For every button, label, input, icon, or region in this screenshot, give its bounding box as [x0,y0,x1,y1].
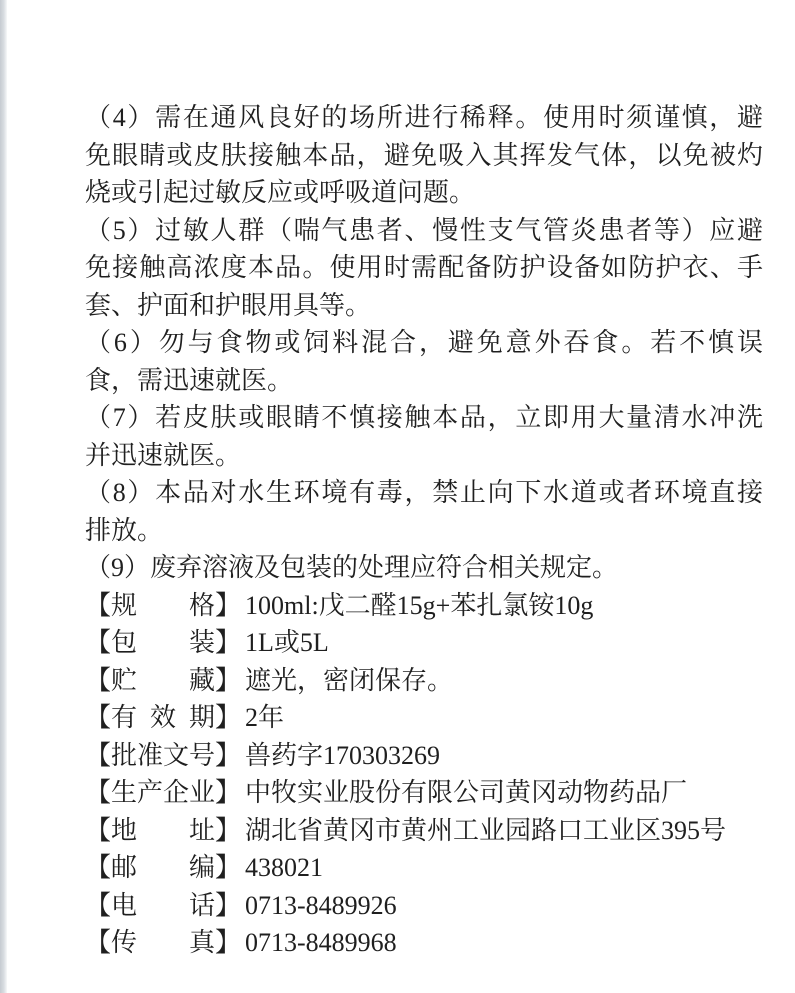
spec-label-telephone: 【电话】 [85,887,241,925]
paragraph-8-line-2: 排放。 [85,512,763,550]
spec-label-approval-number: 【批准文号】 [85,737,241,775]
spec-row-fax: 【传真】0713-8489968 [85,924,763,962]
spec-label-storage: 【贮藏】 [85,662,241,700]
document-page: （4）需在通风良好的场所进行稀释。使用时须谨慎，避免眼睛或皮肤接触本品，避免吸入… [0,0,795,993]
spec-value-address: 湖北省黄冈市黄州工业园路口工业区395号 [245,812,726,850]
spec-label-segment: 编】 [189,849,241,887]
paragraph-4-line-3: 烧或引起过敏反应或呼吸道问题。 [85,174,763,212]
paragraph-4-line-2: 免眼睛或皮肤接触本品，避免吸入其挥发气体，以免被灼 [85,137,763,175]
spec-row-shelf-life: 【有效期】2年 [85,699,763,737]
spec-row-specification: 【规格】100ml:戊二醛15g+苯扎氯铵10g [85,587,763,625]
spec-value-manufacturer: 中牧实业股份有限公司黄冈动物药品厂 [245,774,687,812]
paragraph-7-line-2: 并迅速就医。 [85,437,763,475]
spec-label-segment: 真】 [189,924,241,962]
spec-label-manufacturer: 【生产企业】 [85,774,241,812]
spec-row-manufacturer: 【生产企业】中牧实业股份有限公司黄冈动物药品厂 [85,774,763,812]
spec-label-segment: 【传 [85,924,137,962]
paragraph-4-line-1: （4）需在通风良好的场所进行稀释。使用时须谨慎，避 [85,99,763,137]
spec-value-specification: 100ml:戊二醛15g+苯扎氯铵10g [245,587,593,625]
paragraph-5-line-1: （5）过敏人群（喘气患者、慢性支气管炎患者等）应避 [85,212,763,250]
spec-label-specification: 【规格】 [85,587,241,625]
spec-value-fax: 0713-8489968 [245,924,397,962]
paragraph-6-line-2: 食，需迅速就医。 [85,362,763,400]
spec-label-segment: 格】 [189,587,241,625]
spec-row-storage: 【贮藏】遮光，密闭保存。 [85,662,763,700]
spec-label-segment: 【规 [85,587,137,625]
paragraph-6-line-1: （6）勿与食物或饲料混合，避免意外吞食。若不慎误 [85,324,763,362]
spec-label-segment: 【地 [85,812,137,850]
spec-value-approval-number: 兽药字170303269 [245,737,440,775]
spec-value-telephone: 0713-8489926 [245,887,397,925]
spec-label-segment: 【电 [85,887,137,925]
paragraph-7-line-1: （7）若皮肤或眼睛不慎接触本品，立即用大量清水冲洗 [85,399,763,437]
spec-value-postal-code: 438021 [245,849,323,887]
paragraph-5-line-2: 免接触高浓度本品。使用时需配备防护设备如防护衣、手 [85,249,763,287]
product-info-section: 【规格】100ml:戊二醛15g+苯扎氯铵10g【包装】1L或5L【贮藏】遮光，… [85,587,763,962]
spec-label-segment: 址】 [189,812,241,850]
spec-label-postal-code: 【邮编】 [85,849,241,887]
spec-label-segment: 藏】 [189,662,241,700]
spec-label-shelf-life: 【有效期】 [85,699,241,737]
precautions-section: （4）需在通风良好的场所进行稀释。使用时须谨慎，避免眼睛或皮肤接触本品，避免吸入… [85,99,763,587]
spec-value-storage: 遮光，密闭保存。 [245,662,453,700]
paragraph-9-line-1: （9）废弃溶液及包装的处理应符合相关规定。 [85,549,763,587]
spec-label-fax: 【传真】 [85,924,241,962]
spec-label-segment: 【生产企业】 [85,774,241,812]
spec-label-packaging: 【包装】 [85,624,241,662]
spec-row-postal-code: 【邮编】438021 [85,849,763,887]
spec-label-segment: 装】 [189,624,241,662]
spec-label-segment: 话】 [189,887,241,925]
spec-row-approval-number: 【批准文号】兽药字170303269 [85,737,763,775]
spec-label-segment: 【有 [85,699,137,737]
spec-label-segment: 期】 [189,699,241,737]
page-left-edge [0,0,7,993]
paragraph-8-line-1: （8）本品对水生环境有毒，禁止向下水道或者环境直接 [85,474,763,512]
spec-label-segment: 效 [150,699,176,737]
spec-label-segment: 【包 [85,624,137,662]
paragraph-5-line-3: 套、护面和护眼用具等。 [85,287,763,325]
spec-value-shelf-life: 2年 [245,699,284,737]
spec-row-telephone: 【电话】0713-8489926 [85,887,763,925]
spec-label-segment: 【贮 [85,662,137,700]
spec-row-packaging: 【包装】1L或5L [85,624,763,662]
document-content: （4）需在通风良好的场所进行稀释。使用时须谨慎，避免眼睛或皮肤接触本品，避免吸入… [85,99,763,962]
spec-row-address: 【地址】湖北省黄冈市黄州工业园路口工业区395号 [85,812,763,850]
spec-label-address: 【地址】 [85,812,241,850]
spec-value-packaging: 1L或5L [245,624,329,662]
spec-label-segment: 【邮 [85,849,137,887]
spec-label-segment: 【批准文号】 [85,737,241,775]
